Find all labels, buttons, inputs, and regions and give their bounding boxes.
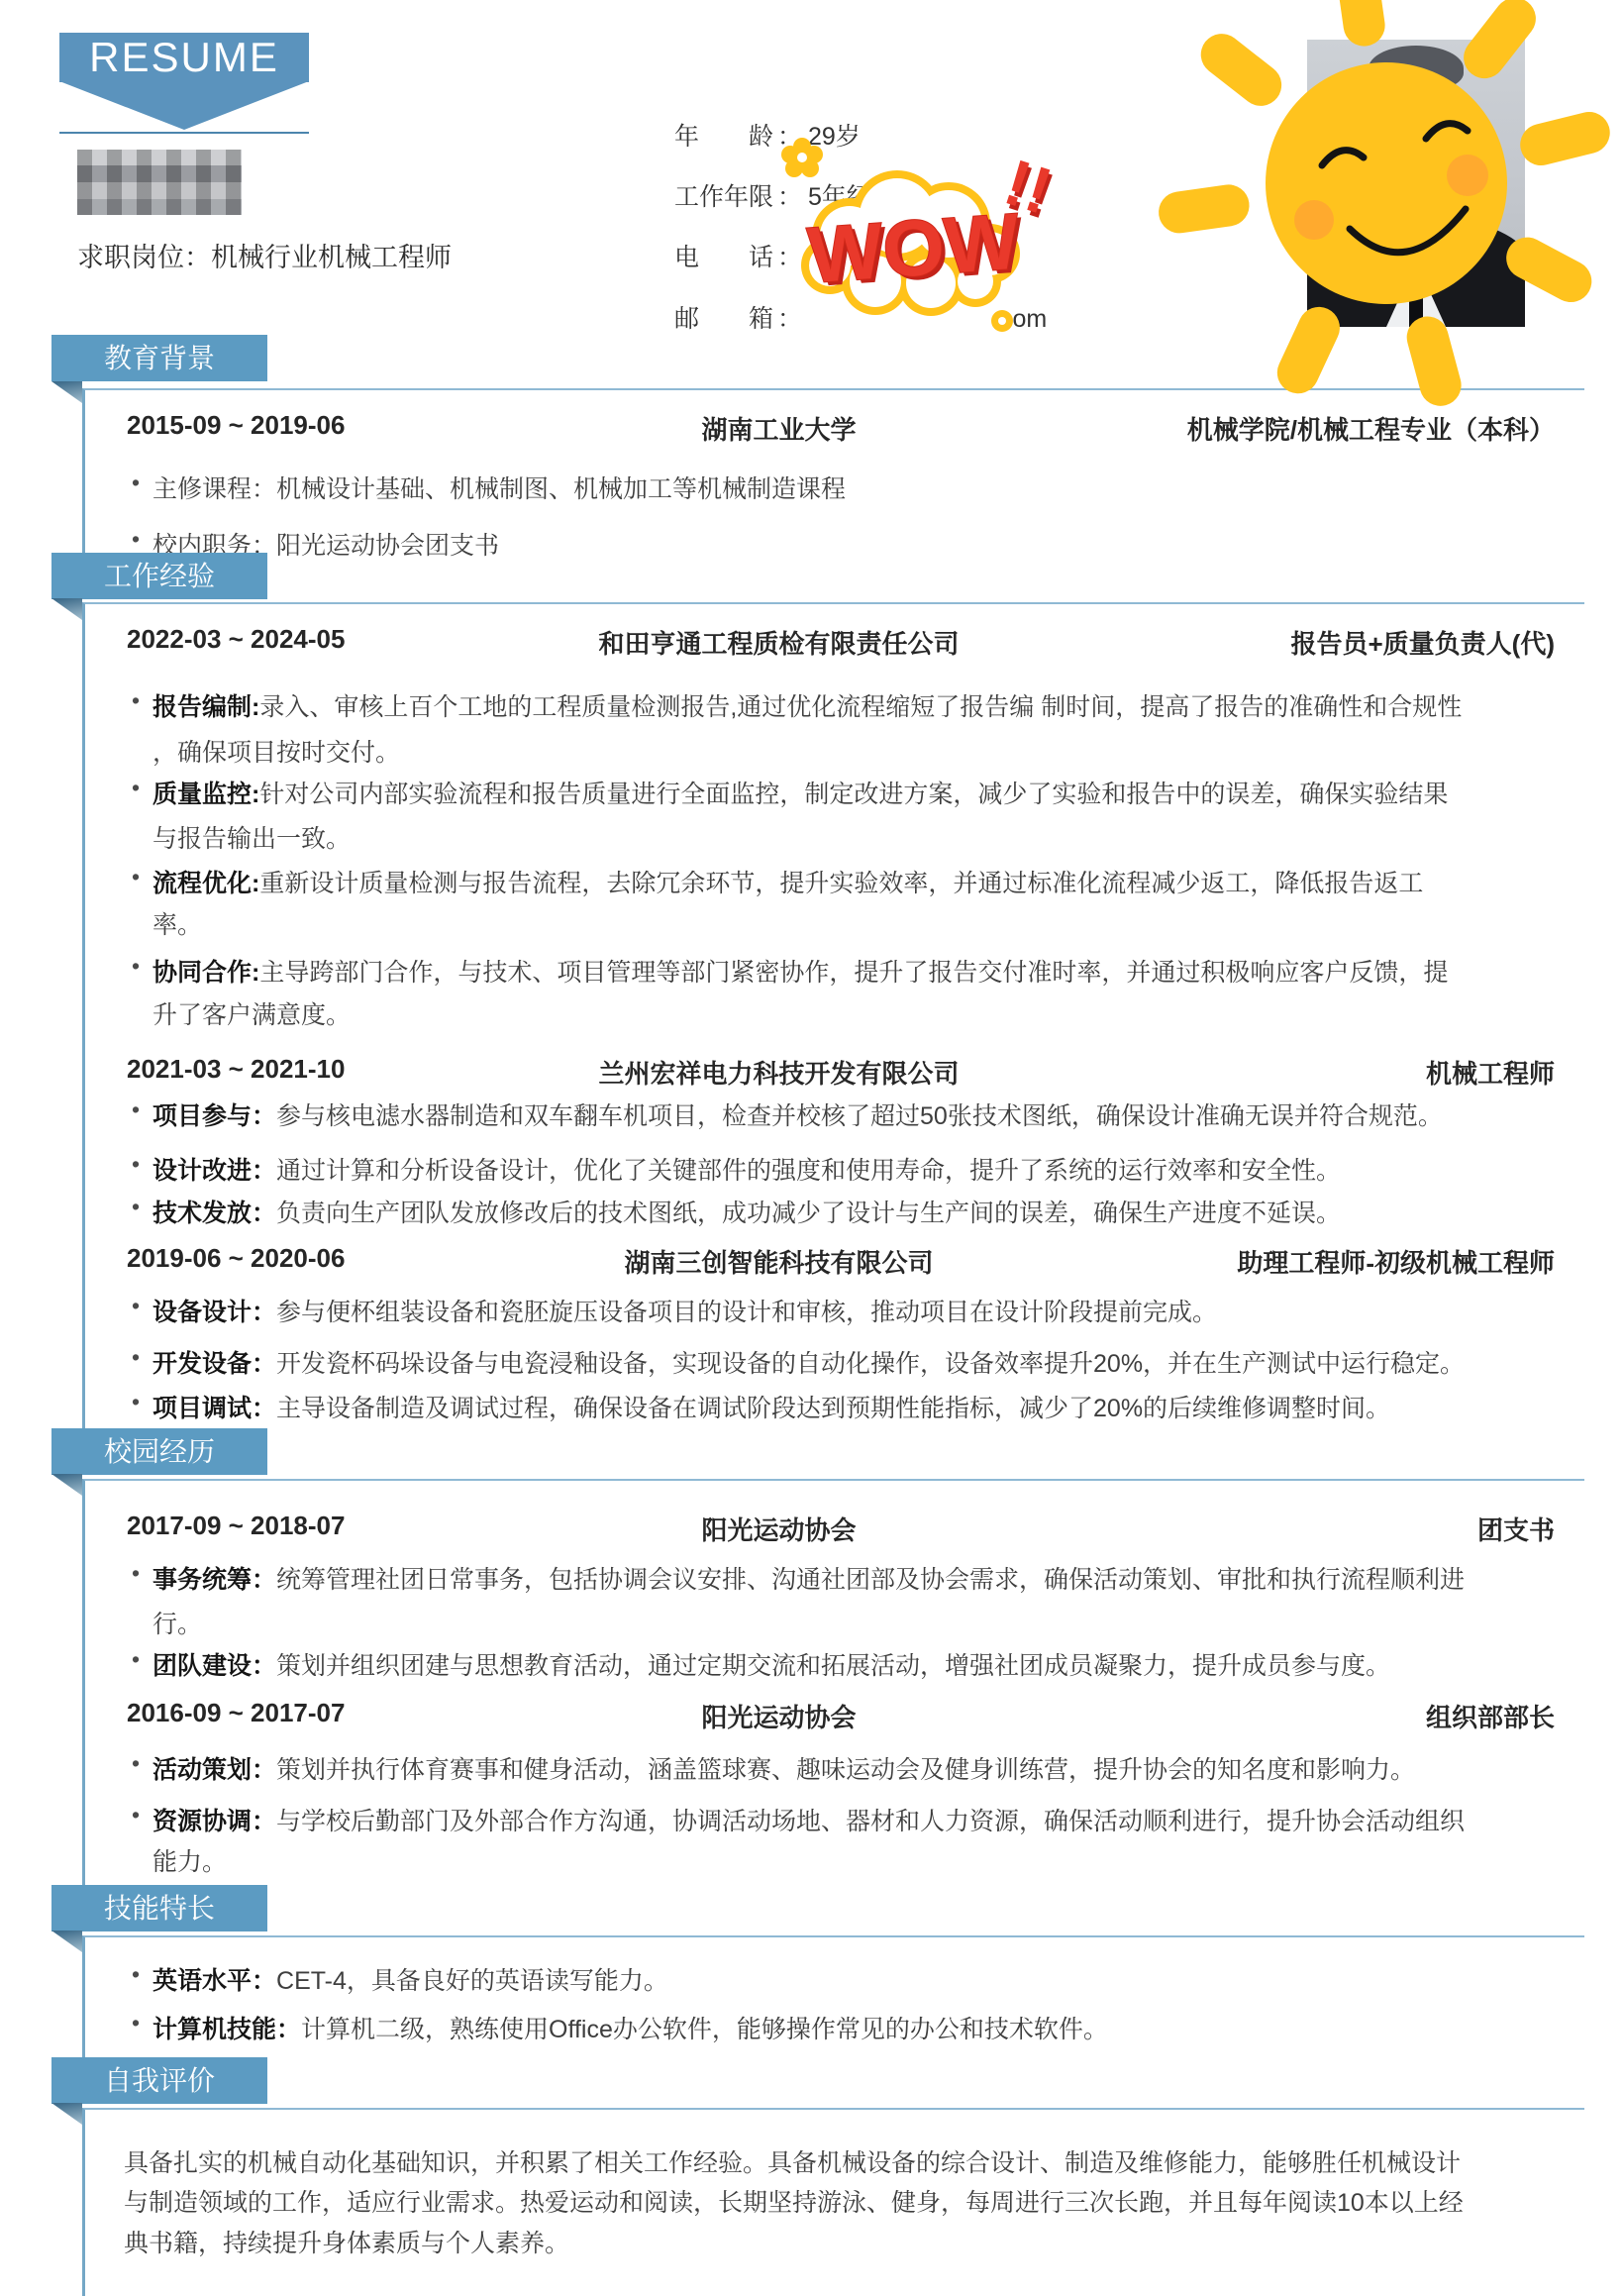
wow-text: WOW WOW xyxy=(805,197,1027,303)
bullet-prefix: 活动策划： xyxy=(152,1756,276,1784)
resume-banner-ribbon-tail xyxy=(59,81,309,130)
bullet-prefix: 设计改进： xyxy=(152,1157,276,1185)
job-bullet-cont: 率。 xyxy=(152,905,202,941)
campus-org: 阳光运动协会 xyxy=(184,1698,1373,1734)
campus-bullet-cont: 能力。 xyxy=(152,1842,227,1878)
self-eval-line: 与制造领域的工作，适应行业需求。热爱运动和阅读，长期坚持游泳、健身，每周进行三次… xyxy=(124,2183,1464,2219)
edu-bullet: 主修课程：机械设计基础、机械制图、机械加工等机械制造课程 xyxy=(152,470,846,505)
bullet-text: 录入、审核上百个工地的工程质量检测报告,通过优化流程缩短了报告编 制时间，提高了… xyxy=(259,693,1462,721)
bullet-text: 主导设备制造及调试过程，确保设备在调试阶段达到预期性能指标，减少了20%的后续维… xyxy=(276,1395,1390,1422)
sun-cheek-left xyxy=(1294,200,1334,240)
campus-bullet: 事务统筹：统筹管理社团日常事务，包括协调会议安排、沟通社团部及协会需求，确保活动… xyxy=(152,1560,1465,1596)
self-evaluation-section: 具备扎实的机械自动化基础知识，并积累了相关工作经验。具备机械设备的综合设计、制造… xyxy=(82,2108,1584,2296)
section-tab-self-evaluation: 自我评价 xyxy=(51,2057,267,2104)
bullet-prefix: 开发设备： xyxy=(152,1350,276,1378)
job-bullet: 技术发放：负责向生产团队发放修改后的技术图纸，成功减少了设计与生产间的误差，确保… xyxy=(152,1194,1341,1229)
job-bullet: 设备设计：参与便杯组装设备和瓷胚旋压设备项目的设计和审核，推动项目在设计阶段提前… xyxy=(152,1293,1217,1328)
bullet-prefix: 协同合作: xyxy=(152,959,259,987)
blurred-name xyxy=(77,150,242,215)
bullet-text: 策划并执行体育赛事和健身活动，涵盖篮球赛、趣味运动会及健身训练营，提升协会的知名… xyxy=(276,1756,1415,1784)
sun-smiley-icon xyxy=(1218,15,1624,441)
bullet-text: CET-4，具备良好的英语读写能力。 xyxy=(276,1967,668,1995)
phone-label: 电 话 xyxy=(674,238,777,273)
job-title: 机械工程师 xyxy=(1426,1054,1555,1091)
bullet-text: 针对公司内部实验流程和报告质量进行全面监控，制定改进方案，减少了实验和报告中的误… xyxy=(259,781,1448,808)
bullet-text: 主导跨部门合作，与技术、项目管理等部门紧密协作，提升了报告交付准时率，并通过积极… xyxy=(259,959,1448,987)
tab-fold xyxy=(51,2103,82,2125)
section-tab-campus: 校园经历 xyxy=(51,1428,267,1475)
job-bullet: 项目调试：主导设备制造及调试过程，确保设备在调试阶段达到预期性能指标，减少了20… xyxy=(152,1389,1390,1424)
job-bullet: 协同合作:主导跨部门合作，与技术、项目管理等部门紧密协作，提升了报告交付准时率，… xyxy=(152,953,1448,989)
age-label: 年 龄 xyxy=(674,117,777,153)
bullet-prefix: 流程优化: xyxy=(152,870,259,897)
bullet-text: 开发瓷杯码垛设备与电瓷浸釉设备，实现设备的自动化操作，设备效率提升20%，并在生… xyxy=(276,1350,1465,1378)
bullet-text: 参与核电滤水器制造和双车翻车机项目，检查并校核了超过50张技术图纸，确保设计准确… xyxy=(276,1102,1443,1130)
job-title: 助理工程师-初级机械工程师 xyxy=(1237,1243,1555,1280)
section-tab-work: 工作经验 xyxy=(51,553,267,599)
bullet-prefix: 技术发放： xyxy=(152,1200,276,1227)
tab-fold xyxy=(51,598,82,620)
job-bullet-cont: 升了客户满意度。 xyxy=(152,995,351,1031)
sun-cheek-right xyxy=(1447,155,1488,196)
skill-bullet: 计算机技能：计算机二级，熟练使用Office办公软件，能够操作常见的办公和技术软… xyxy=(152,2010,1108,2045)
bullet-text: 通过计算和分析设备设计，优化了关键部件的强度和使用寿命，提升了系统的运行效率和安… xyxy=(276,1157,1341,1185)
campus-section: 2017-09 ~ 2018-07 阳光运动协会 团支书 事务统筹：统筹管理社团… xyxy=(82,1479,1584,1887)
job-bullet: 流程优化:重新设计质量检测与报告流程，去除冗余环节，提升实验效率，并通过标准化流… xyxy=(152,864,1423,899)
wow-blob-icon xyxy=(991,310,1013,332)
campus-org: 阳光运动协会 xyxy=(184,1511,1373,1547)
job-bullet: 设计改进：通过计算和分析设备设计，优化了关键部件的强度和使用寿命，提升了系统的运… xyxy=(152,1151,1341,1187)
bullet-text: 与学校后勤部门及外部合作方沟通，协调活动场地、器材和人力资源，确保活动顺利进行，… xyxy=(276,1808,1465,1835)
banner-underline xyxy=(59,132,309,134)
self-eval-line: 典书籍，持续提升身体素质与个人素养。 xyxy=(124,2224,569,2259)
bullet-prefix: 报告编制: xyxy=(152,693,259,721)
tab-fold xyxy=(51,1474,82,1496)
job-bullet: 开发设备：开发瓷杯码垛设备与电瓷浸釉设备，实现设备的自动化操作，设备效率提升20… xyxy=(152,1344,1465,1380)
tab-fold xyxy=(51,1931,82,1952)
bullet-text: 统筹管理社团日常事务，包括协调会议安排、沟通社团部及协会需求，确保活动策划、审批… xyxy=(276,1566,1465,1594)
job-intention-value: 机械行业机械工程师 xyxy=(211,243,452,272)
work-section: 2022-03 ~ 2024-05 和田亨通工程质检有限责任公司 报告员+质量负… xyxy=(82,602,1584,1430)
skill-bullet: 英语水平：CET-4，具备良好的英语读写能力。 xyxy=(152,1961,668,1997)
bullet-prefix: 资源协调： xyxy=(152,1808,276,1835)
bullet-prefix: 团队建设： xyxy=(152,1652,276,1680)
bullet-prefix: 计算机技能： xyxy=(152,2016,301,2043)
bullet-text: 参与便杯组装设备和瓷胚旋压设备项目的设计和审核，推动项目在设计阶段提前完成。 xyxy=(276,1299,1217,1326)
svg-text:WOW: WOW xyxy=(805,197,1022,300)
bullet-prefix: 质量监控: xyxy=(152,781,259,808)
bullet-prefix: 项目调试： xyxy=(152,1395,276,1422)
bullet-text: 策划并组织团建与思想教育活动，通过定期交流和拓展活动，增强社团成员凝聚力，提升成… xyxy=(276,1652,1390,1680)
job-bullet: 项目参与：参与核电滤水器制造和双车翻车机项目，检查并校核了超过50张技术图纸，确… xyxy=(152,1096,1443,1132)
edu-bullet-text: 主修课程：机械设计基础、机械制图、机械加工等机械制造课程 xyxy=(152,475,846,503)
job-company: 和田亨通工程质检有限责任公司 xyxy=(184,624,1373,661)
job-intention-label: 求职岗位： xyxy=(77,243,211,272)
work-years-label: 工作年限 xyxy=(674,177,777,213)
campus-bullet: 团队建设：策划并组织团建与思想教育活动，通过定期交流和拓展活动，增强社团成员凝聚… xyxy=(152,1646,1390,1682)
job-bullet-cont: 与报告输出一致。 xyxy=(152,819,351,855)
job-company: 湖南三创智能科技有限公司 xyxy=(184,1243,1373,1280)
wow-sticker: !! !! WOW WOW xyxy=(780,125,1050,347)
wow-flower-icon xyxy=(781,138,823,177)
campus-bullet: 活动策划：策划并执行体育赛事和健身活动，涵盖篮球赛、趣味运动会及健身训练营，提升… xyxy=(152,1750,1415,1786)
campus-bullet-cont: 行。 xyxy=(152,1605,202,1640)
resume-banner: RESUME xyxy=(59,33,309,82)
job-bullet: 报告编制:录入、审核上百个工地的工程质量检测报告,通过优化流程缩短了报告编 制时… xyxy=(152,687,1462,723)
bullet-text: 重新设计质量检测与报告流程，去除冗余环节，提升实验效率，并通过标准化流程减少返工… xyxy=(259,870,1423,897)
section-tab-skills: 技能特长 xyxy=(51,1885,267,1931)
bullet-text: 计算机二级，熟练使用Office办公软件，能够操作常见的办公和技术软件。 xyxy=(301,2016,1108,2043)
bullet-text: 负责向生产团队发放修改后的技术图纸，成功减少了设计与生产间的误差，确保生产进度不… xyxy=(276,1200,1341,1227)
campus-bullet: 资源协调：与学校后勤部门及外部合作方沟通，协调活动场地、器材和人力资源，确保活动… xyxy=(152,1802,1465,1837)
bullet-prefix: 事务统筹： xyxy=(152,1566,276,1594)
skills-section: 英语水平：CET-4，具备良好的英语读写能力。 计算机技能：计算机二级，熟练使用… xyxy=(82,1935,1584,2059)
job-bullet-cont: ，确保项目按时交付。 xyxy=(152,733,400,769)
self-eval-line: 具备扎实的机械自动化基础知识，并积累了相关工作经验。具备机械设备的综合设计、制造… xyxy=(124,2143,1461,2179)
job-company: 兰州宏祥电力科技开发有限公司 xyxy=(184,1054,1373,1091)
campus-role: 团支书 xyxy=(1477,1511,1555,1547)
bullet-prefix: 设备设计： xyxy=(152,1299,276,1326)
campus-role: 组织部部长 xyxy=(1426,1698,1555,1734)
section-tab-education: 教育背景 xyxy=(51,335,267,381)
job-title: 报告员+质量负责人(代) xyxy=(1290,624,1555,661)
email-label: 邮 箱 xyxy=(674,299,777,335)
bullet-prefix: 英语水平： xyxy=(152,1967,276,1995)
job-bullet: 质量监控:针对公司内部实验流程和报告质量进行全面监控，制定改进方案，减少了实验和… xyxy=(152,775,1448,810)
job-intention: 求职岗位：机械行业机械工程师 xyxy=(77,236,452,274)
tab-fold xyxy=(51,381,82,403)
bullet-prefix: 项目参与： xyxy=(152,1102,276,1130)
